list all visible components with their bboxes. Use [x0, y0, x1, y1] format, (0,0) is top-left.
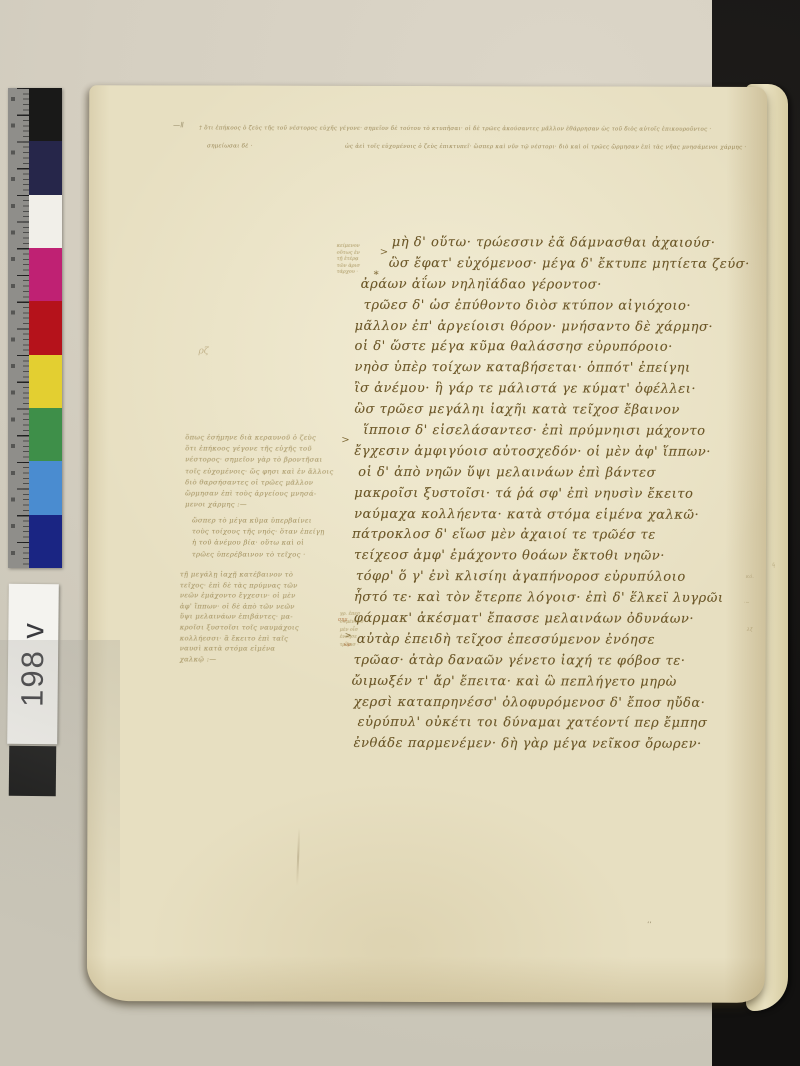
- yellow-patch: [29, 355, 62, 408]
- diple-mark-1: >: [380, 247, 388, 258]
- scholia-line: ὅπως ἐσήμηνε διὰ κεραυνοῦ ὁ ζεὺς: [185, 432, 333, 444]
- leaf-edge-mark: ·σ·: [770, 562, 776, 569]
- margin-note-line: τάρχου ·: [337, 269, 360, 276]
- color-patches: [29, 88, 62, 568]
- folio-label-card: 198 v: [7, 584, 59, 745]
- green-patch: [29, 408, 62, 461]
- scholia-line: ἡ τοῦ ἀνέμου βία· οὕτω καὶ οἱ: [192, 538, 325, 550]
- main-text-line: ἀράων ἀΐων νηληϊάδαο γέροντοσ·: [361, 275, 767, 297]
- white-patch: [29, 195, 62, 248]
- color-calibration-bar: [8, 88, 62, 568]
- top-scholia-line-2-right: ὡς ἀεὶ τοῖς εὐχομένοις ὁ ζεὺς ἐπικτυπεῖ·…: [345, 144, 746, 152]
- scholia-line: κολλήεσσι· ἃ ἔκειτο ἐπὶ ταῖς: [180, 633, 299, 644]
- gloss-line: μὲν οἷσ: [340, 626, 364, 634]
- scholia-line: ναυσὶ κατὰ στόμα εἱμένα: [180, 644, 299, 655]
- magenta-patch: [29, 248, 62, 301]
- main-text-line: ὣσ ἔφατ' εὐχόμενοσ· μέγα δ' ἔκτυπε μητίε…: [389, 254, 767, 276]
- right-margin-mark-1: κό.: [746, 574, 754, 580]
- main-text-block: μὴ δ' οὕτω· τρώεσσιν ἐᾶ δάμνασθαι ἀχαιού…: [353, 233, 766, 756]
- asteriskos-mark: ∗: [373, 268, 380, 279]
- left-scholia-block-b: ὥσπερ τὸ μέγα κῦμα ὑπερβαίνειτοὺς τοίχου…: [192, 515, 325, 560]
- scholia-line: ἀφ' ἵππων· οἱ δὲ ἀπὸ τῶν νεῶν: [180, 601, 299, 612]
- ink-speck: ʻʻ: [647, 921, 651, 929]
- rubric-gloss-mark-1: σημ: [338, 617, 348, 623]
- scholia-line: τρῶες ὑπερέβαινον τὸ τεῖχος ·: [192, 549, 325, 561]
- scholia-line: ὥρμησαν ἐπὶ τοὺς ἀργείους μνησά-: [185, 488, 333, 500]
- main-text-line: μὴ δ' οὕτω· τρώεσσιν ἐᾶ δάμνασθαι ἀχαιού…: [392, 233, 767, 255]
- main-text-line: αὐτὰρ ἐπειδὴ τεῖχοσ ἐπεσσύμενον ἐνόησε: [357, 630, 766, 652]
- main-text-line: τόφρ' ὅ γ' ἐνὶ κλισίηι ἀγαπήνοροσ εὐρυπύ…: [356, 567, 766, 589]
- left-scholia-block-c: τῇ μεγάλῃ ἰαχῇ κατέβαινον τὸτεῖχος· ἐπὶ …: [180, 569, 299, 665]
- diple-mark-2: >: [341, 435, 349, 446]
- cm-ruler: [8, 88, 29, 568]
- right-margin-mark-2: ·~: [744, 600, 750, 606]
- main-text-line: ἧστό τε· καὶ τὸν ἔτερπε λόγοισ· ἐπὶ δ' ἕ…: [354, 588, 766, 610]
- scholia-line: τοὺς τοίχους τῆς νηός· ὅταν ἐπείγῃ: [192, 527, 325, 539]
- top-scholia-line-2-left: σημείωσαι δὲ ·: [207, 143, 253, 150]
- red-patch: [29, 301, 62, 354]
- left-scholia-block-a: ὅπως ἐσήμηνε διὰ κεραυνοῦ ὁ ζεὺςὅτι ἐπήκ…: [185, 432, 334, 511]
- margin-note: κείμενονοὕτως ἐντῇ ἑτέρᾳτῶν ἀριστάρχου ·: [337, 243, 360, 276]
- folio-label: 198 v: [15, 621, 52, 707]
- scholia-line: κροῖσι ξυστοῖσι τοῖς ναυμάχοις: [180, 622, 299, 633]
- scholia-line: ὕψι μελαινάων ἐπιβάντες· μα-: [180, 612, 299, 623]
- quire-mark: ρζ: [198, 346, 208, 356]
- main-text-line: εὐρύπυλ' οὐκέτι τοι δύναμαι χατέοντί περ…: [358, 713, 766, 735]
- main-text-line: ὤιμωξέν τ' ἄρ' ἔπειτα· καὶ ὣ πεπλήγετο μ…: [352, 672, 766, 694]
- light-blue-patch: [29, 461, 62, 514]
- main-text-line: νηὸσ ὑπὲρ τοίχων καταβήσεται· ὁππότ' ἐπε…: [354, 358, 766, 380]
- scholia-line: τῇ μεγάλῃ ἰαχῇ κατέβαινον τὸ: [180, 569, 299, 580]
- main-text-line: οἱ δ' ὥστε μέγα κῦμα θαλάσσησ εὐρυπόροιο…: [354, 337, 766, 359]
- manuscript-page: —ǁ † ὅτι ἐπήκοος ὁ ζεὺς τῆς τοῦ νέστορος…: [87, 85, 767, 1003]
- navy-patch: [29, 141, 62, 194]
- scholia-line: ὅτι ἐπήκοος γέγονε τῆς εὐχῆς τοῦ: [185, 444, 333, 456]
- scholia-line: διὸ θαρσήσαντες οἱ τρῶες μᾶλλον: [185, 477, 333, 489]
- black-patch: [29, 88, 62, 141]
- main-text-line: μᾶλλον ἐπ' ἀργείοισι θόρον· μνήσαντο δὲ …: [355, 316, 767, 338]
- scholia-line: νέστορος· σημεῖον γὰρ τὸ βροντῆσαι: [185, 455, 333, 467]
- main-text-line: ἐνθάδε παρμενέμεν· δὴ γὰρ μέγα νεῖκοσ ὄρ…: [353, 734, 765, 756]
- main-text-line: τρῶεσ δ' ὡσ ἐπύθοντο διὸσ κτύπον αἰγιόχο…: [364, 296, 767, 318]
- main-text-line: ναύμαχα κολλήεντα· κατὰ στόμα εἱμένα χαλ…: [354, 504, 766, 526]
- top-scholia-mark: —ǁ: [173, 122, 184, 129]
- margin-note-line: τῇ ἑτέρᾳ: [337, 256, 360, 263]
- manuscript-photo: —ǁ † ὅτι ἐπήκοος ὁ ζεὺς τῆς τοῦ νέστορος…: [0, 0, 800, 1066]
- main-text-line: φάρμακ' ἀκέσματ' ἔπασσε μελαινάων ὀδυνάω…: [354, 609, 766, 631]
- scholia-line: τοῖς εὐχομένοις· ὥς φησι καὶ ἐν ἄλλοις: [185, 466, 333, 478]
- scale-bar-end-black: [9, 746, 57, 796]
- scholia-line: χαλκῷ :—: [180, 654, 299, 665]
- main-text-line: τείχεοσ ἀμφ' ἐμάχοντο θοάων ἔκτοθι νηῶν·: [354, 546, 766, 568]
- top-scholia-line-1: † ὅτι ἐπήκοος ὁ ζεὺς τῆς τοῦ νέστορος εὐ…: [199, 125, 711, 133]
- main-text-line: τρῶασ· ἀτὰρ δαναῶν γένετο ἰαχή τε φόβοσ …: [354, 651, 766, 673]
- main-text-line: ἵπποισ δ' εἰσελάσαντεσ· ἐπὶ πρύμνηισι μά…: [363, 421, 766, 443]
- dark-blue-patch: [29, 515, 62, 568]
- margin-note-line: κείμενον: [337, 243, 360, 250]
- main-text-line: μακροῖσι ξυστοῖσι· τά ῥά σφ' ἐπὶ νηυσὶν …: [354, 483, 766, 505]
- main-text-line: χερσὶ καταπρηνέσσ' ὀλοφυρόμενοσ δ' ἔποσ …: [354, 692, 766, 714]
- main-text-line: ἔγχεσιν ἀμφιγύοισ αὐτοσχεδόν· οἱ μὲν ἀφ'…: [354, 442, 766, 464]
- scholia-line: ὥσπερ τὸ μέγα κῦμα ὑπερβαίνει: [192, 515, 325, 527]
- scholia-line: τεῖχος· ἐπὶ δὲ τὰς πρύμνας τῶν: [180, 580, 299, 591]
- main-text-line: ὣσ τρῶεσ μεγάληι ἰαχῆι κατὰ τεῖχοσ ἔβαιν…: [354, 400, 766, 422]
- main-text-line: ἲσ ἀνέμου· ἣ γάρ τε μάλιστά γε κύματ' ὀφ…: [354, 379, 766, 401]
- rubric-gloss-mark-2: ὡρ: [344, 642, 351, 648]
- scholia-line: μενοι χάρμης :—: [185, 500, 333, 512]
- parchment-crease: [296, 828, 300, 886]
- scholia-line: νεῶν ἐμάχοντο ἔγχεσιν· οἱ μὲν: [180, 591, 299, 602]
- main-text-line: πάτροκλοσ δ' εἵωσ μὲν ἀχαιοί τε τρῶέσ τε: [352, 525, 766, 547]
- main-text-line: οἱ δ' ἀπὸ νηῶν ὕψι μελαινάων ἐπὶ βάντεσ: [358, 463, 766, 485]
- right-margin-mark-3: λξ: [747, 627, 753, 633]
